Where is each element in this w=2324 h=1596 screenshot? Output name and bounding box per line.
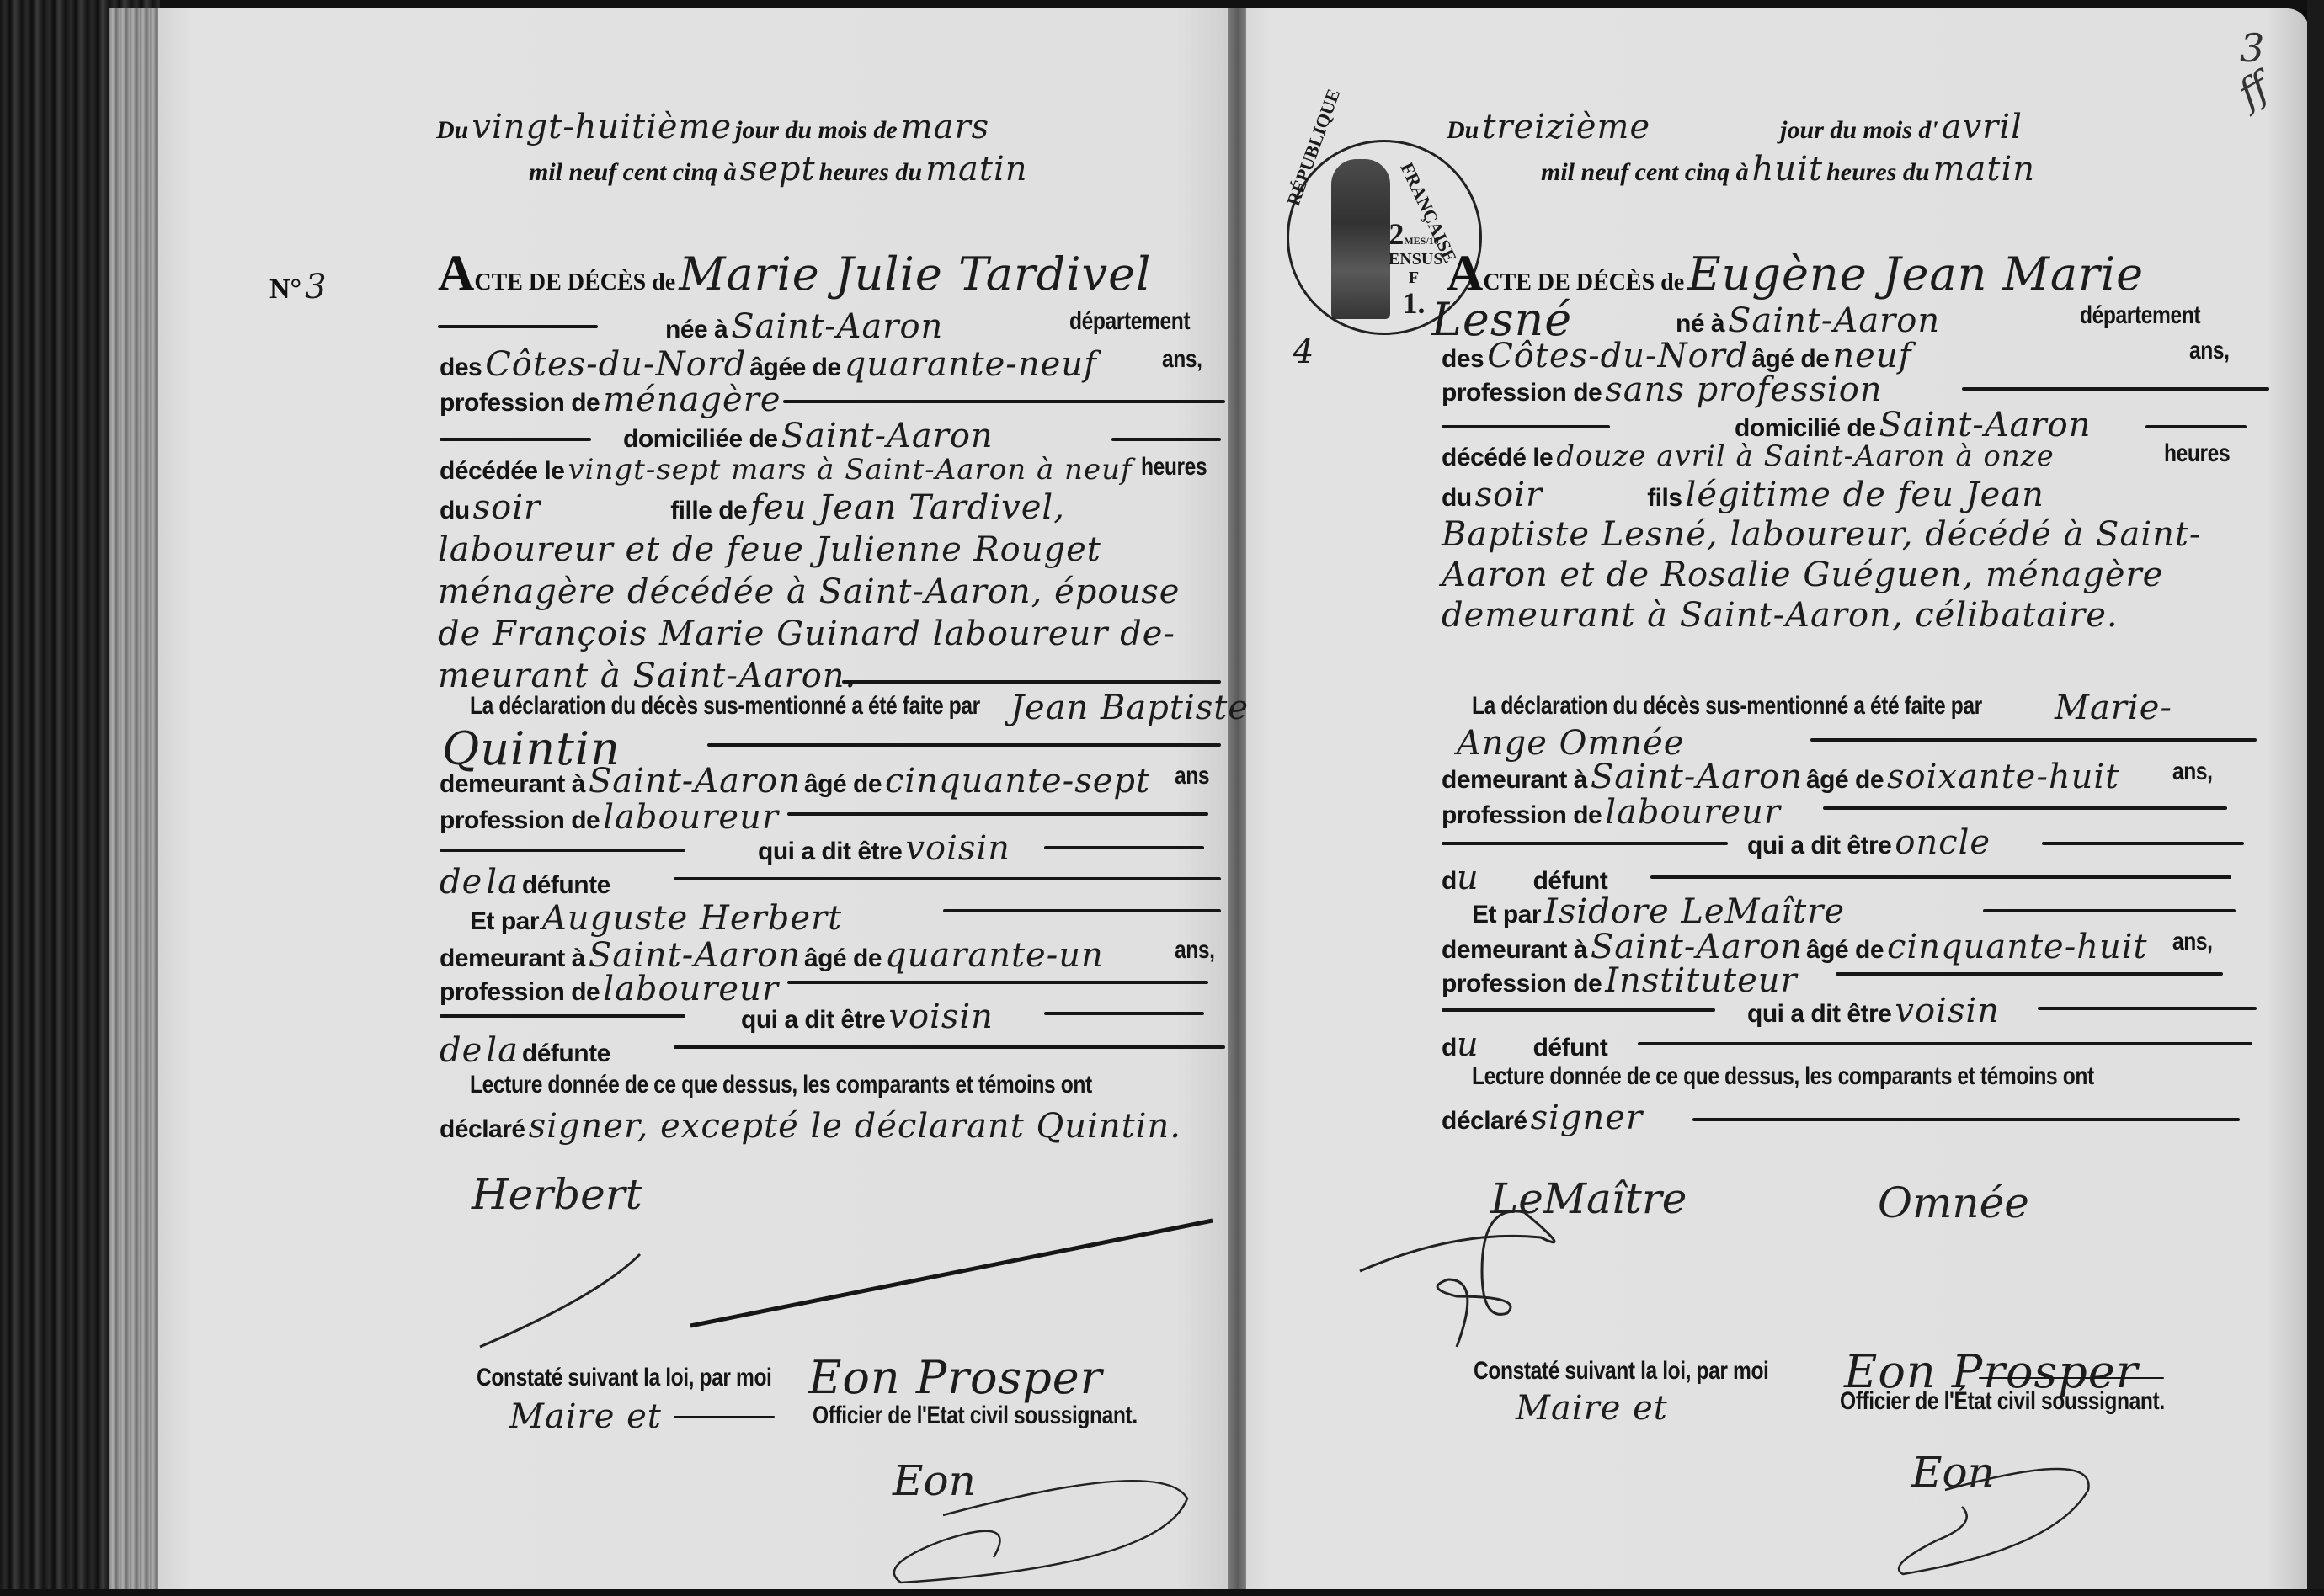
- reading-text: Lecture donnée de ce que dessus, les com…: [470, 1071, 1092, 1099]
- marianne-figure-icon: [1331, 159, 1390, 319]
- birthplace-line: né à Saint-Aaron: [1676, 301, 1940, 340]
- header-prefix: Du: [436, 116, 468, 144]
- rule: [1442, 842, 1728, 845]
- header-prefix: Du: [1447, 116, 1479, 144]
- rule: [1442, 425, 1610, 428]
- header-hour-suffix: heures du: [1826, 158, 1930, 186]
- article: u: [1457, 1025, 1479, 1064]
- age: soixante-huit: [1887, 758, 2119, 796]
- rule: [783, 400, 1225, 403]
- right-header-line-2: mil neuf cent cinq à huit heures du mati…: [1541, 150, 2035, 189]
- deceased-name: Marie Julie Tardivel: [679, 247, 1151, 301]
- second-of-line: de la défunte: [440, 1031, 610, 1070]
- departement-label: département: [2080, 301, 2200, 330]
- age: quarante-un: [885, 936, 1104, 975]
- filiation-line: du soir fils légitime de feu Jean: [1442, 476, 2044, 514]
- officer-name: Eon Prosper: [808, 1351, 1103, 1404]
- header-day: treizième: [1482, 108, 1650, 146]
- birthplace-line: née à Saint-Aaron: [665, 307, 943, 346]
- left-header-line-2: mil neuf cent cinq à sept heures du mati…: [529, 150, 1028, 189]
- rule: [674, 1416, 775, 1418]
- header-year: mil neuf cent cinq à: [1541, 158, 1749, 186]
- rule: [1962, 387, 2269, 391]
- number-value: 3: [305, 268, 327, 306]
- domicile: Saint-Aaron: [781, 417, 994, 455]
- profession: laboureur: [603, 798, 779, 837]
- right-header-line-1: Du treizième jour du mois d' avril: [1447, 108, 2023, 146]
- label: des: [1442, 345, 1484, 373]
- label: déclaré: [1442, 1107, 1527, 1135]
- profession-line: profession de ménagère: [440, 380, 781, 419]
- label: profession de: [440, 389, 600, 417]
- label: profession de: [440, 978, 600, 1006]
- article: la: [486, 863, 519, 902]
- deceased-name: Eugène Jean Marie: [1687, 247, 2144, 301]
- label: défunt: [1533, 1034, 1608, 1061]
- residence: Saint-Aaron: [589, 762, 801, 801]
- time-of-day: soir: [473, 488, 541, 527]
- label: née à: [665, 316, 728, 343]
- constate-text: Constaté suivant la loi, par moi: [477, 1364, 771, 1392]
- second-profession-line: profession de laboureur: [440, 970, 779, 1008]
- father: feu Jean Tardivel,: [750, 488, 1065, 527]
- rule: [1044, 1012, 1204, 1015]
- rule: [440, 849, 685, 852]
- label: du: [440, 497, 470, 524]
- header-year: mil neuf cent cinq à: [529, 158, 737, 186]
- ans-label: ans: [1175, 762, 1209, 790]
- free-text-line: ménagère décédée à Saint-Aaron, épouse: [438, 572, 1180, 611]
- rule: [1044, 846, 1204, 849]
- second-relation-line: qui a dit être voisin: [741, 997, 994, 1036]
- label: des: [440, 354, 482, 381]
- father: légitime de feu Jean: [1686, 476, 2044, 514]
- label: qui a dit être: [1747, 832, 1891, 859]
- rule: [1836, 972, 2223, 976]
- label: qui a dit être: [741, 1006, 885, 1034]
- rule: [1442, 1008, 1715, 1012]
- scan-right-border: [2307, 0, 2324, 1596]
- constate-text: Constaté suivant la loi, par moi: [1474, 1357, 1768, 1386]
- free-text-line: Baptiste Lesné, laboureur, décédé à Sain…: [1442, 515, 2201, 554]
- label: domiciliée de: [623, 425, 778, 453]
- rule: [674, 877, 1221, 880]
- rule: [2145, 425, 2247, 428]
- ans-label: ans,: [2189, 337, 2230, 365]
- second-relation-line: qui a dit être voisin: [1747, 992, 2000, 1030]
- label: défunte: [522, 871, 610, 899]
- label: fille de: [670, 497, 747, 524]
- ans-label: ans,: [2172, 758, 2213, 786]
- relation: voisin: [1895, 992, 2000, 1030]
- rule: [1979, 1377, 2164, 1379]
- label: âgé de: [804, 944, 882, 972]
- label: Et par: [1472, 901, 1541, 928]
- domicile-line: domiciliée de Saint-Aaron: [623, 417, 994, 455]
- relation: voisin: [888, 997, 994, 1036]
- second-declarant-name: Auguste Herbert: [542, 899, 842, 938]
- label: âgé de: [1806, 766, 1884, 794]
- signature-omnee: Omnée: [1878, 1178, 2029, 1227]
- filiation-line: du soir fille de feu Jean Tardivel,: [440, 488, 1065, 527]
- departement-label: département: [1069, 307, 1190, 336]
- title-initial: A: [438, 245, 474, 301]
- label: de: [440, 863, 482, 902]
- label: profession de: [1442, 801, 1602, 829]
- second-declarant-line: Et par Isidore LeMaître: [1472, 892, 1845, 931]
- label: demeurant à: [1442, 936, 1587, 964]
- label: demeurant à: [1442, 766, 1587, 794]
- rule: [440, 438, 591, 441]
- record-title: ACTE DE DÉCÈS de Marie Julie Tardivel: [438, 244, 1151, 302]
- title-text: CTE DE DÉCÈS de: [1483, 269, 1684, 295]
- stamp-letter: F: [1389, 269, 1439, 287]
- label: domicilié de: [1735, 414, 1875, 442]
- ans-label: ans,: [1175, 936, 1215, 965]
- free-text-line: laboureur et de feue Julienne Rouget: [438, 530, 1101, 569]
- declarant-of-line: de la défunte: [440, 863, 610, 902]
- signature-flourish: [1356, 1195, 1692, 1364]
- departement-age-line: des Côtes-du-Nord âgée de quarante-neuf: [440, 345, 1097, 384]
- rule: [440, 1014, 685, 1018]
- label: demeurant à: [440, 770, 585, 798]
- officer-title: Officier de l'État civil soussignant.: [1840, 1387, 2165, 1416]
- death-date-line: décédé le douze avril à Saint-Aaron à on…: [1442, 439, 2055, 473]
- second-declarant-name: Isidore LeMaître: [1544, 892, 1845, 931]
- stamp-label: ENSUS: [1389, 250, 1439, 269]
- heures-label: heures: [2164, 439, 2230, 468]
- declared-value: signer, excepté le déclarant Quintin.: [529, 1107, 1181, 1146]
- label: âgée de: [749, 354, 840, 381]
- profession: sans profession: [1605, 370, 1882, 409]
- rule: [1650, 875, 2231, 879]
- rule: [842, 680, 1221, 684]
- book-page-edges-left: [0, 0, 160, 1596]
- death-date: vingt-sept mars à Saint-Aaron à neuf: [568, 453, 1132, 487]
- declarant-relation-line: qui a dit être voisin: [758, 829, 1010, 868]
- relation: voisin: [905, 829, 1010, 868]
- declared-line: déclaré signer, excepté le déclarant Qui…: [440, 1107, 1181, 1146]
- rule: [1810, 738, 2257, 742]
- officer-signature-flourish: [867, 1465, 1238, 1591]
- header-mid: jour du mois d': [1780, 116, 1938, 144]
- label: né à: [1676, 310, 1724, 338]
- rule: [438, 325, 598, 328]
- label: Et par: [470, 907, 539, 935]
- declarant-name: Jean Baptiste: [1010, 689, 1249, 727]
- officer-role: Maire et: [1516, 1389, 1668, 1428]
- label: décédée le: [440, 457, 564, 485]
- header-hour-suffix: heures du: [819, 158, 923, 186]
- label: d: [1442, 1034, 1457, 1061]
- rule: [2038, 1007, 2257, 1010]
- declarant-profession-line: profession de laboureur: [1442, 793, 1781, 832]
- declared-value: signer: [1531, 1099, 1643, 1137]
- second-of-line: du défunt: [1442, 1025, 1607, 1064]
- record-number: 4: [1293, 332, 1314, 371]
- rule: [943, 909, 1221, 912]
- rule: [1638, 1042, 2252, 1045]
- label: demeurant à: [440, 944, 585, 972]
- label: âgé de: [804, 770, 882, 798]
- declared-line: déclaré signer: [1442, 1099, 1643, 1137]
- header-month: avril: [1942, 108, 2023, 146]
- declaration-intro: La déclaration du décès sus-mentionné a …: [1472, 692, 1982, 721]
- second-declarant-line: Et par Auguste Herbert: [470, 899, 842, 938]
- rule: [1823, 806, 2227, 810]
- header-hour: sept: [740, 150, 816, 189]
- profession: ménagère: [603, 380, 781, 419]
- header-mid: jour du mois de: [735, 116, 898, 144]
- title-text: CTE DE DÉCÈS de: [474, 269, 675, 295]
- label: d: [1442, 867, 1457, 895]
- age: cinquante-huit: [1887, 928, 2148, 966]
- age: quarante-neuf: [845, 345, 1097, 384]
- rule: [787, 981, 1208, 984]
- label: qui a dit être: [1747, 1000, 1891, 1028]
- second-profession-line: profession de Instituteur: [1442, 961, 1798, 1000]
- ans-label: ans,: [2172, 928, 2213, 956]
- free-text-line: Aaron et de Rosalie Guéguen, ménagère: [1442, 556, 2163, 594]
- officer-title: Officier de l'Etat civil soussignant.: [813, 1402, 1138, 1430]
- death-date: douze avril à Saint-Aaron à onze: [1556, 439, 2055, 473]
- header-period: matin: [925, 150, 1027, 189]
- officer-signature-flourish: [1886, 1456, 2139, 1591]
- signature-flourish: [472, 1195, 1229, 1364]
- departement: Côtes-du-Nord: [485, 345, 746, 384]
- reading-text: Lecture donnée de ce que dessus, les com…: [1472, 1062, 2094, 1091]
- relation: oncle: [1895, 823, 1991, 862]
- stamp-fraction: MES/10: [1404, 235, 1438, 247]
- rule: [674, 1045, 1225, 1049]
- label: fils: [1647, 484, 1682, 512]
- stamp-value-top: 2: [1389, 217, 1404, 251]
- heures-label: heures: [1141, 453, 1207, 481]
- label: déclaré: [440, 1115, 525, 1143]
- rule: [1692, 1118, 2240, 1121]
- free-text-line: de François Marie Guinard laboureur de-: [438, 614, 1175, 653]
- label: profession de: [1442, 379, 1602, 407]
- label: défunte: [522, 1040, 610, 1067]
- label: qui a dit être: [758, 838, 902, 865]
- page-stack: [109, 8, 160, 1591]
- rule: [2042, 842, 2244, 845]
- rule: [787, 812, 1208, 816]
- declarant-profession-line: profession de laboureur: [440, 798, 779, 837]
- label: âgé de: [1806, 936, 1884, 964]
- declarant-relation-line: qui a dit être oncle: [1747, 823, 1991, 862]
- time-of-day: soir: [1475, 476, 1543, 514]
- death-date-line: décédée le vingt-sept mars à Saint-Aaron…: [440, 453, 1133, 487]
- label: âgé de: [1751, 345, 1829, 373]
- profession-line: profession de sans profession: [1442, 370, 1883, 409]
- label: de: [440, 1031, 482, 1070]
- rule: [1983, 909, 2236, 912]
- age: cinquante-sept: [885, 762, 1150, 801]
- birthplace: Saint-Aaron: [731, 307, 943, 346]
- header-hour: huit: [1752, 150, 1823, 189]
- book-gutter: [1228, 8, 1248, 1589]
- free-text-line: meurant à Saint-Aaron.: [438, 657, 856, 695]
- declarant-name: Marie-: [2055, 689, 2172, 727]
- label: profession de: [440, 806, 600, 834]
- label: décédé le: [1442, 444, 1553, 471]
- header-period: matin: [1933, 150, 2035, 189]
- declaration-intro: La déclaration du décès sus-mentionné a …: [470, 692, 980, 721]
- header-day: vingt-huitième: [472, 108, 732, 146]
- article: la: [486, 1031, 519, 1070]
- residence: Saint-Aaron: [1591, 758, 1803, 796]
- rule: [1111, 438, 1221, 441]
- number-label: N°: [269, 274, 301, 305]
- label: défunt: [1533, 867, 1608, 895]
- declarant-residence-line: demeurant à Saint-Aaron âgé de cinquante…: [440, 762, 1150, 801]
- left-header-line-1: Du vingt-huitième jour du mois de mars: [436, 108, 989, 146]
- header-month: mars: [901, 108, 989, 146]
- officer-role: Maire et: [509, 1397, 662, 1436]
- rule: [707, 743, 1221, 747]
- ans-label: ans,: [1162, 345, 1202, 374]
- birthplace: Saint-Aaron: [1728, 301, 1940, 340]
- free-text-line: demeurant à Saint-Aaron, célibataire.: [1442, 596, 2119, 635]
- record-number: N° 3: [269, 268, 328, 306]
- label: du: [1442, 484, 1472, 512]
- label: profession de: [1442, 970, 1602, 997]
- declarant-residence-line: demeurant à Saint-Aaron âgé de soixante-…: [1442, 758, 2119, 796]
